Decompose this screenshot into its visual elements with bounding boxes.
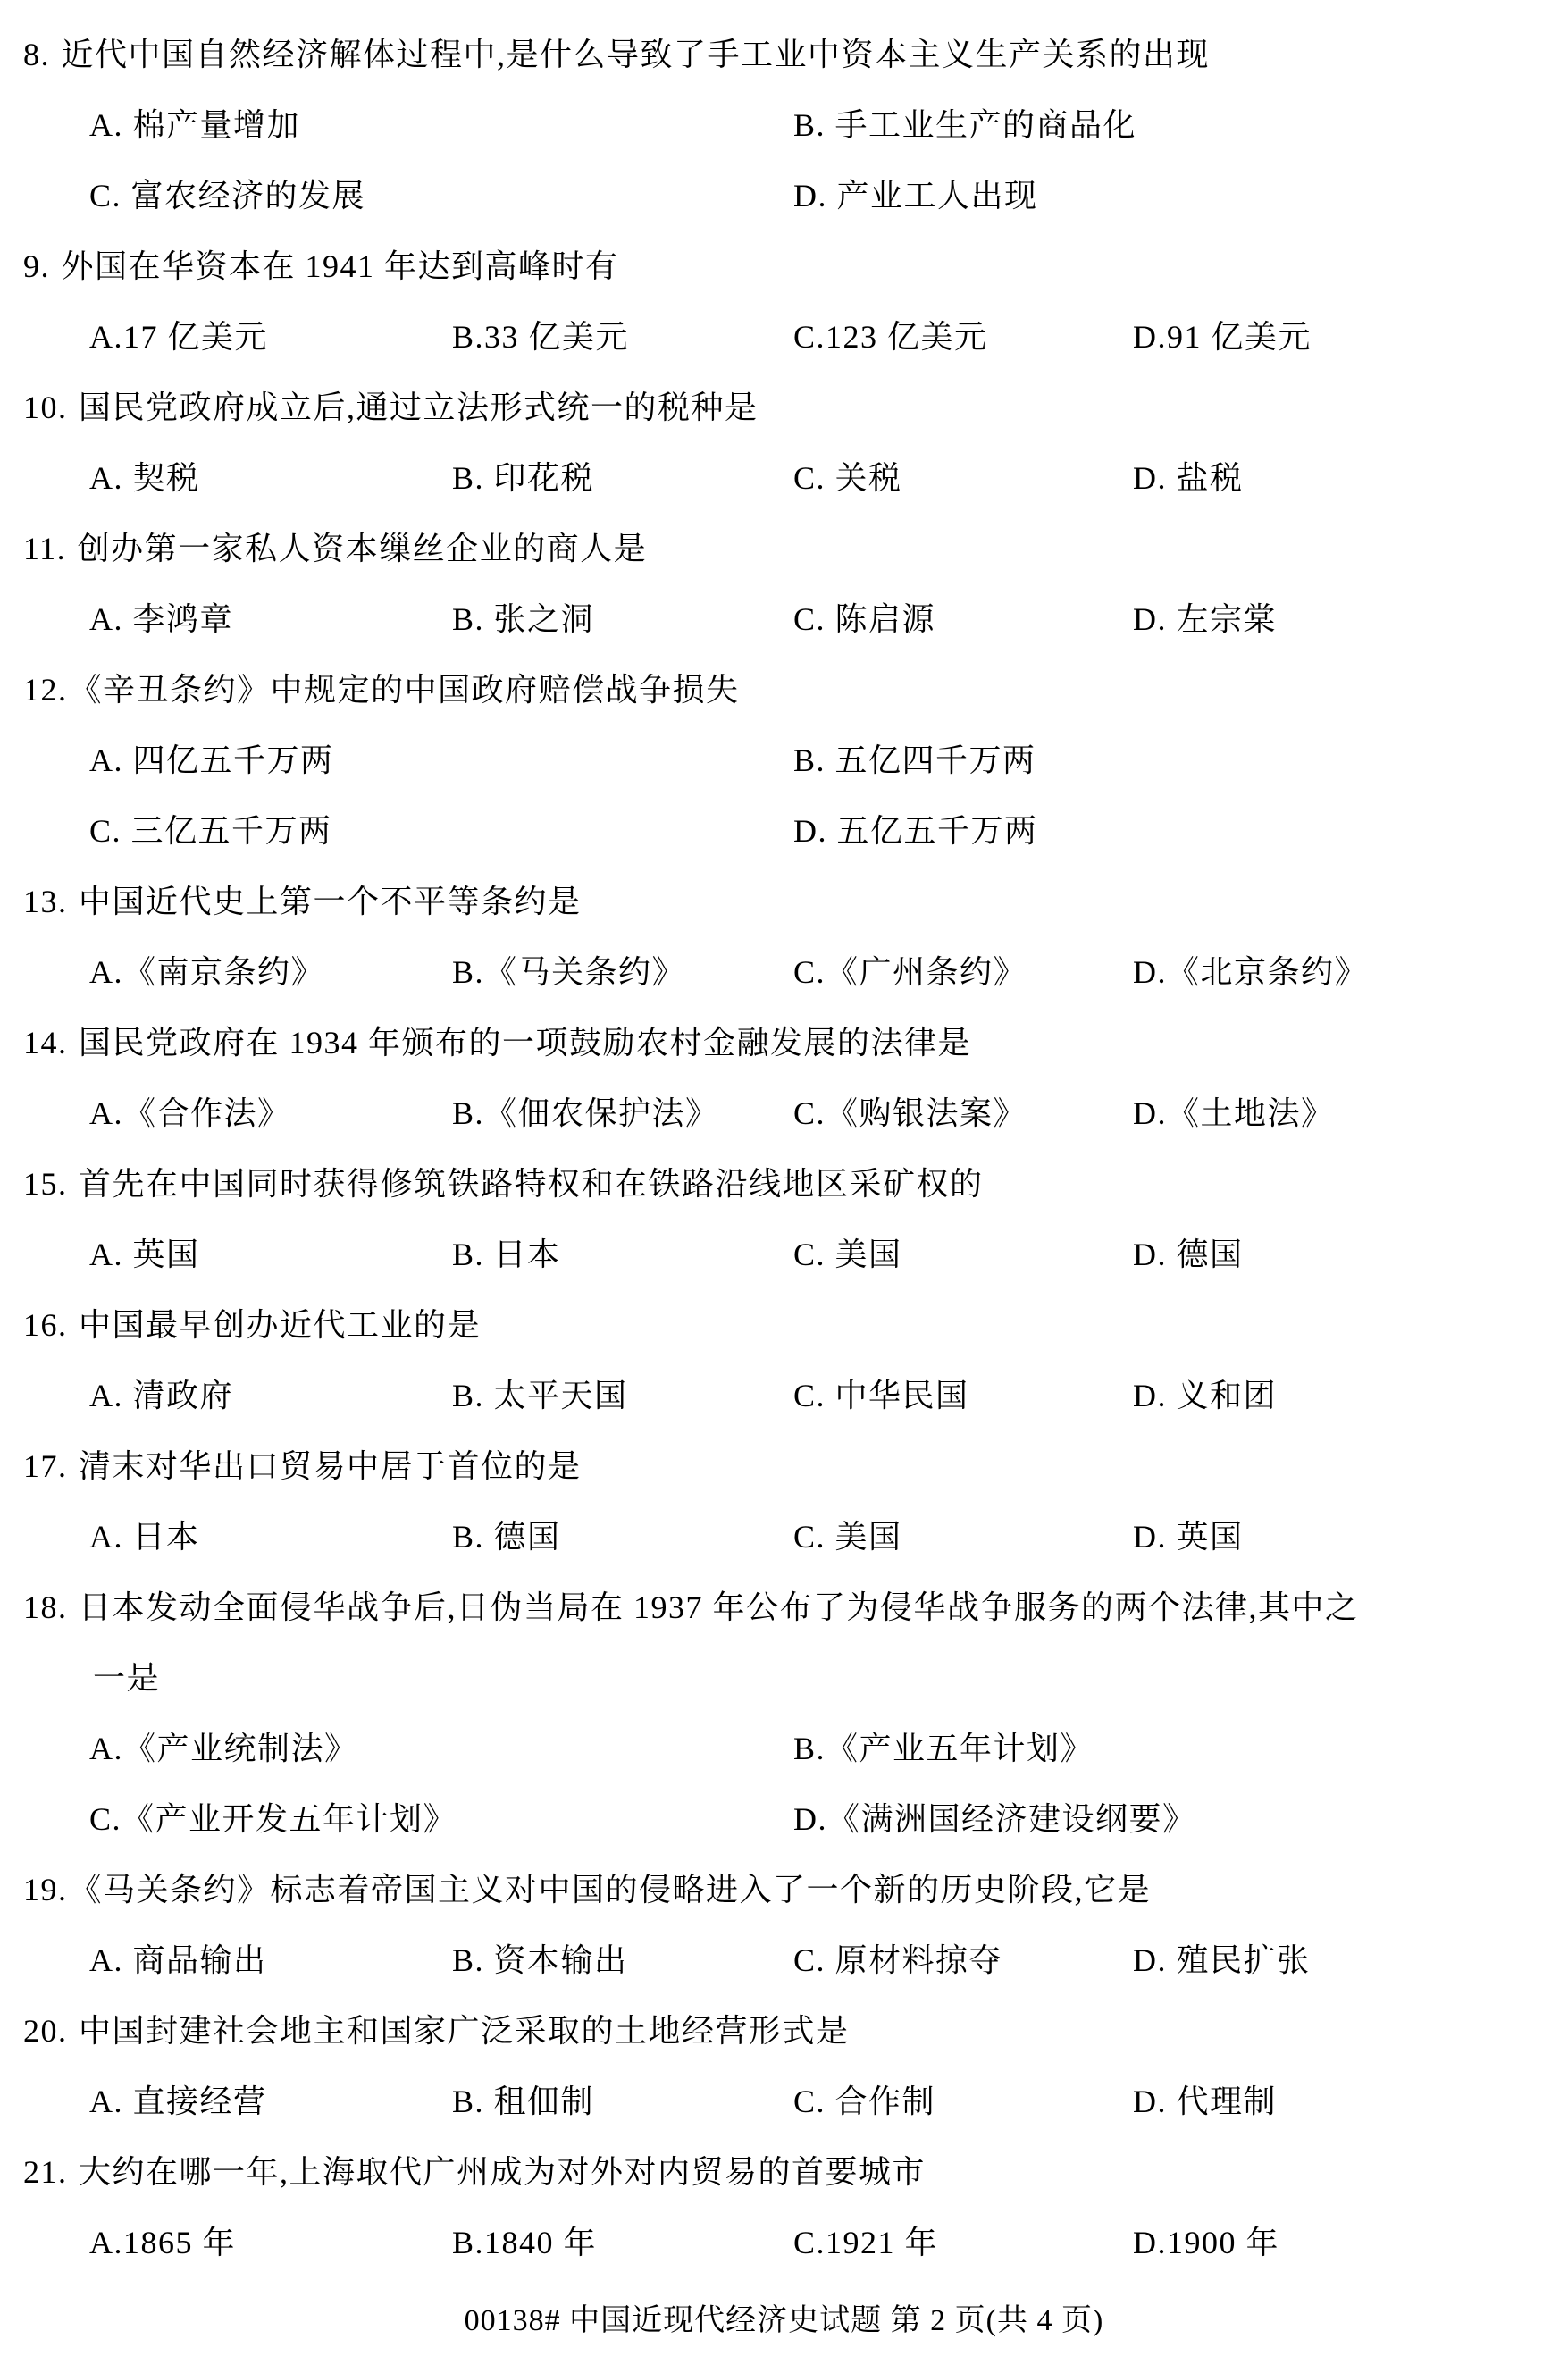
question-stem: 外国在华资本在 1941 年达到高峰时有 bbox=[52, 248, 619, 284]
answer-option: A.1865 年 bbox=[89, 2208, 236, 2278]
question-line: 8. 近代中国自然经济解体过程中,是什么导致了手工业中资本主义生产关系的出现 bbox=[0, 20, 1568, 90]
question-line: 12.《辛丑条约》中规定的中国政府赔偿战争损失 bbox=[0, 655, 1568, 725]
options-row: A.《产业统制法》B.《产业五年计划》 bbox=[0, 1714, 1568, 1784]
answer-option: C.1921 年 bbox=[793, 2208, 938, 2278]
answer-option: D. 义和团 bbox=[1133, 1361, 1277, 1431]
answer-option: C. 美国 bbox=[793, 1502, 902, 1572]
question-block: 10. 国民党政府成立后,通过立法形式统一的税种是A. 契税B. 印花税C. 关… bbox=[0, 373, 1568, 514]
question-block: 20. 中国封建社会地主和国家广泛采取的土地经营形式是A. 直接经营B. 租佃制… bbox=[0, 1996, 1568, 2137]
question-number: 9. bbox=[23, 248, 50, 284]
question-number: 8. bbox=[23, 37, 50, 72]
answer-option: D. 产业工人出现 bbox=[793, 161, 1038, 231]
question-stem: 中国最早创办近代工业的是 bbox=[70, 1307, 482, 1343]
question-number: 14. bbox=[23, 1025, 68, 1061]
question-stem: 国民党政府在 1934 年颁布的一项鼓励农村金融发展的法律是 bbox=[70, 1025, 972, 1061]
question-block: 17. 清末对华出口贸易中居于首位的是A. 日本B. 德国C. 美国D. 英国 bbox=[0, 1431, 1568, 1572]
answer-option: B. 手工业生产的商品化 bbox=[793, 90, 1136, 161]
answer-option: D. 德国 bbox=[1133, 1220, 1244, 1290]
options-row: A.1865 年B.1840 年C.1921 年D.1900 年 bbox=[0, 2208, 1568, 2278]
answer-option: B. 印花税 bbox=[452, 443, 594, 514]
answer-option: D.《土地法》 bbox=[1133, 1078, 1335, 1149]
question-stem: 《辛丑条约》中规定的中国政府赔偿战争损失 bbox=[70, 672, 740, 708]
question-number: 16. bbox=[23, 1307, 68, 1343]
question-block: 16. 中国最早创办近代工业的是A. 清政府B. 太平天国C. 中华民国D. 义… bbox=[0, 1290, 1568, 1431]
question-block: 9. 外国在华资本在 1941 年达到高峰时有A.17 亿美元B.33 亿美元C… bbox=[0, 231, 1568, 373]
question-stem: 中国近代史上第一个不平等条约是 bbox=[70, 884, 582, 919]
question-line: 19.《马关条约》标志着帝国主义对中国的侵略进入了一个新的历史阶段,它是 bbox=[0, 1855, 1568, 1925]
question-number: 10. bbox=[23, 390, 68, 425]
answer-option: B. 德国 bbox=[452, 1502, 561, 1572]
question-line: 18. 日本发动全面侵华战争后,日伪当局在 1937 年公布了为侵华战争服务的两… bbox=[0, 1572, 1568, 1643]
options-row: A. 清政府B. 太平天国C. 中华民国D. 义和团 bbox=[0, 1361, 1568, 1431]
answer-option: D. 左宗棠 bbox=[1133, 584, 1277, 655]
question-block: 15. 首先在中国同时获得修筑铁路特权和在铁路沿线地区采矿权的A. 英国B. 日… bbox=[0, 1149, 1568, 1290]
question-line: 11. 创办第一家私人资本缫丝企业的商人是 bbox=[0, 514, 1568, 584]
question-number: 19. bbox=[23, 1872, 68, 1908]
answer-option: B. 租佃制 bbox=[452, 2067, 594, 2137]
answer-option: C.123 亿美元 bbox=[793, 302, 988, 373]
answer-option: C. 中华民国 bbox=[793, 1361, 969, 1431]
answer-option: A. 商品输出 bbox=[89, 1925, 267, 1996]
page-footer: 00138# 中国近现代经济史试题 第 2 页(共 4 页) bbox=[0, 2285, 1568, 2356]
answer-option: C. 美国 bbox=[793, 1220, 902, 1290]
answer-option: D. 英国 bbox=[1133, 1502, 1244, 1572]
question-block: 14. 国民党政府在 1934 年颁布的一项鼓励农村金融发展的法律是A.《合作法… bbox=[0, 1008, 1568, 1149]
question-number: 17. bbox=[23, 1448, 68, 1484]
question-stem: 首先在中国同时获得修筑铁路特权和在铁路沿线地区采矿权的 bbox=[70, 1166, 984, 1202]
question-stem: 大约在哪一年,上海取代广州成为对外对内贸易的首要城市 bbox=[70, 2154, 927, 2190]
answer-option: B.《佃农保护法》 bbox=[452, 1078, 719, 1149]
answer-option: D. 五亿五千万两 bbox=[793, 796, 1038, 867]
options-row: A. 英国B. 日本C. 美国D. 德国 bbox=[0, 1220, 1568, 1290]
options-row: A. 契税B. 印花税C. 关税D. 盐税 bbox=[0, 443, 1568, 514]
question-list: 8. 近代中国自然经济解体过程中,是什么导致了手工业中资本主义生产关系的出现A.… bbox=[0, 20, 1568, 2278]
answer-option: B. 太平天国 bbox=[452, 1361, 628, 1431]
answer-option: C.《产业开发五年计划》 bbox=[89, 1784, 457, 1855]
answer-option: B.1840 年 bbox=[452, 2208, 597, 2278]
question-number: 18. bbox=[23, 1589, 68, 1625]
answer-option: A. 英国 bbox=[89, 1220, 200, 1290]
question-number: 11. bbox=[23, 531, 66, 566]
answer-option: C.《广州条约》 bbox=[793, 937, 1027, 1008]
question-block: 11. 创办第一家私人资本缫丝企业的商人是A. 李鸿章B. 张之洞C. 陈启源D… bbox=[0, 514, 1568, 655]
options-row: A. 日本B. 德国C. 美国D. 英国 bbox=[0, 1502, 1568, 1572]
answer-option: A.17 亿美元 bbox=[89, 302, 268, 373]
question-line: 9. 外国在华资本在 1941 年达到高峰时有 bbox=[0, 231, 1568, 302]
answer-option: A. 契税 bbox=[89, 443, 200, 514]
answer-option: A. 清政府 bbox=[89, 1361, 233, 1431]
exam-page: 8. 近代中国自然经济解体过程中,是什么导致了手工业中资本主义生产关系的出现A.… bbox=[0, 0, 1568, 2373]
question-number: 13. bbox=[23, 884, 68, 919]
answer-option: D.91 亿美元 bbox=[1133, 302, 1312, 373]
answer-option: C. 原材料掠夺 bbox=[793, 1925, 1002, 1996]
answer-option: D.1900 年 bbox=[1133, 2208, 1279, 2278]
question-block: 19.《马关条约》标志着帝国主义对中国的侵略进入了一个新的历史阶段,它是A. 商… bbox=[0, 1855, 1568, 1996]
options-row: C.《产业开发五年计划》D.《满洲国经济建设纲要》 bbox=[0, 1784, 1568, 1855]
answer-option: B.《产业五年计划》 bbox=[793, 1714, 1094, 1784]
options-row: A.《合作法》B.《佃农保护法》C.《购银法案》D.《土地法》 bbox=[0, 1078, 1568, 1149]
question-number: 20. bbox=[23, 2013, 68, 2049]
question-stem: 清末对华出口贸易中居于首位的是 bbox=[70, 1448, 582, 1484]
options-row: A. 棉产量增加B. 手工业生产的商品化 bbox=[0, 90, 1568, 161]
question-stem-continuation: 一是 bbox=[0, 1643, 1568, 1714]
answer-option: A. 日本 bbox=[89, 1502, 200, 1572]
question-block: 21. 大约在哪一年,上海取代广州成为对外对内贸易的首要城市A.1865 年B.… bbox=[0, 2137, 1568, 2278]
answer-option: C. 陈启源 bbox=[793, 584, 935, 655]
answer-option: A. 直接经营 bbox=[89, 2067, 267, 2137]
options-row: A. 直接经营B. 租佃制C. 合作制D. 代理制 bbox=[0, 2067, 1568, 2137]
answer-option: A. 李鸿章 bbox=[89, 584, 233, 655]
question-stem: 日本发动全面侵华战争后,日伪当局在 1937 年公布了为侵华战争服务的两个法律,… bbox=[70, 1589, 1359, 1625]
answer-option: D. 代理制 bbox=[1133, 2067, 1277, 2137]
answer-option: B. 日本 bbox=[452, 1220, 561, 1290]
question-stem: 创办第一家私人资本缫丝企业的商人是 bbox=[68, 531, 647, 566]
question-line: 21. 大约在哪一年,上海取代广州成为对外对内贸易的首要城市 bbox=[0, 2137, 1568, 2208]
answer-option: D.《满洲国经济建设纲要》 bbox=[793, 1784, 1196, 1855]
answer-option: B.《马关条约》 bbox=[452, 937, 685, 1008]
answer-option: C. 三亿五千万两 bbox=[89, 796, 332, 867]
question-number: 12. bbox=[23, 672, 68, 708]
question-stem: 近代中国自然经济解体过程中,是什么导致了手工业中资本主义生产关系的出现 bbox=[52, 37, 1210, 72]
question-number: 15. bbox=[23, 1166, 68, 1202]
options-row: C. 富农经济的发展D. 产业工人出现 bbox=[0, 161, 1568, 231]
question-line: 20. 中国封建社会地主和国家广泛采取的土地经营形式是 bbox=[0, 1996, 1568, 2067]
answer-option: C. 富农经济的发展 bbox=[89, 161, 365, 231]
answer-option: D. 盐税 bbox=[1133, 443, 1244, 514]
question-stem: 国民党政府成立后,通过立法形式统一的税种是 bbox=[70, 390, 759, 425]
options-row: A.《南京条约》B.《马关条约》C.《广州条约》D.《北京条约》 bbox=[0, 937, 1568, 1008]
answer-option: A. 四亿五千万两 bbox=[89, 725, 334, 796]
question-stem: 《马关条约》标志着帝国主义对中国的侵略进入了一个新的历史阶段,它是 bbox=[70, 1872, 1152, 1908]
options-row: A. 商品输出B. 资本输出C. 原材料掠夺D. 殖民扩张 bbox=[0, 1925, 1568, 1996]
answer-option: C. 关税 bbox=[793, 443, 902, 514]
answer-option: B. 资本输出 bbox=[452, 1925, 628, 1996]
question-block: 13. 中国近代史上第一个不平等条约是A.《南京条约》B.《马关条约》C.《广州… bbox=[0, 867, 1568, 1008]
answer-option: B. 张之洞 bbox=[452, 584, 594, 655]
question-number: 21. bbox=[23, 2154, 68, 2190]
question-block: 12.《辛丑条约》中规定的中国政府赔偿战争损失A. 四亿五千万两B. 五亿四千万… bbox=[0, 655, 1568, 867]
question-line: 14. 国民党政府在 1934 年颁布的一项鼓励农村金融发展的法律是 bbox=[0, 1008, 1568, 1078]
question-line: 15. 首先在中国同时获得修筑铁路特权和在铁路沿线地区采矿权的 bbox=[0, 1149, 1568, 1220]
answer-option: B. 五亿四千万两 bbox=[793, 725, 1036, 796]
question-block: 8. 近代中国自然经济解体过程中,是什么导致了手工业中资本主义生产关系的出现A.… bbox=[0, 20, 1568, 231]
answer-option: B.33 亿美元 bbox=[452, 302, 629, 373]
answer-option: D.《北京条约》 bbox=[1133, 937, 1368, 1008]
answer-option: C.《购银法案》 bbox=[793, 1078, 1027, 1149]
question-line: 17. 清末对华出口贸易中居于首位的是 bbox=[0, 1431, 1568, 1502]
question-line: 10. 国民党政府成立后,通过立法形式统一的税种是 bbox=[0, 373, 1568, 443]
options-row: A.17 亿美元B.33 亿美元C.123 亿美元D.91 亿美元 bbox=[0, 302, 1568, 373]
question-line: 16. 中国最早创办近代工业的是 bbox=[0, 1290, 1568, 1361]
options-row: A. 李鸿章B. 张之洞C. 陈启源D. 左宗棠 bbox=[0, 584, 1568, 655]
answer-option: A.《合作法》 bbox=[89, 1078, 291, 1149]
options-row: A. 四亿五千万两B. 五亿四千万两 bbox=[0, 725, 1568, 796]
question-block: 18. 日本发动全面侵华战争后,日伪当局在 1937 年公布了为侵华战争服务的两… bbox=[0, 1572, 1568, 1855]
answer-option: A. 棉产量增加 bbox=[89, 90, 300, 161]
answer-option: A.《产业统制法》 bbox=[89, 1714, 358, 1784]
options-row: C. 三亿五千万两D. 五亿五千万两 bbox=[0, 796, 1568, 867]
question-line: 13. 中国近代史上第一个不平等条约是 bbox=[0, 867, 1568, 937]
answer-option: C. 合作制 bbox=[793, 2067, 935, 2137]
question-stem: 中国封建社会地主和国家广泛采取的土地经营形式是 bbox=[70, 2013, 850, 2049]
answer-option: A.《南京条约》 bbox=[89, 937, 324, 1008]
answer-option: D. 殖民扩张 bbox=[1133, 1925, 1311, 1996]
